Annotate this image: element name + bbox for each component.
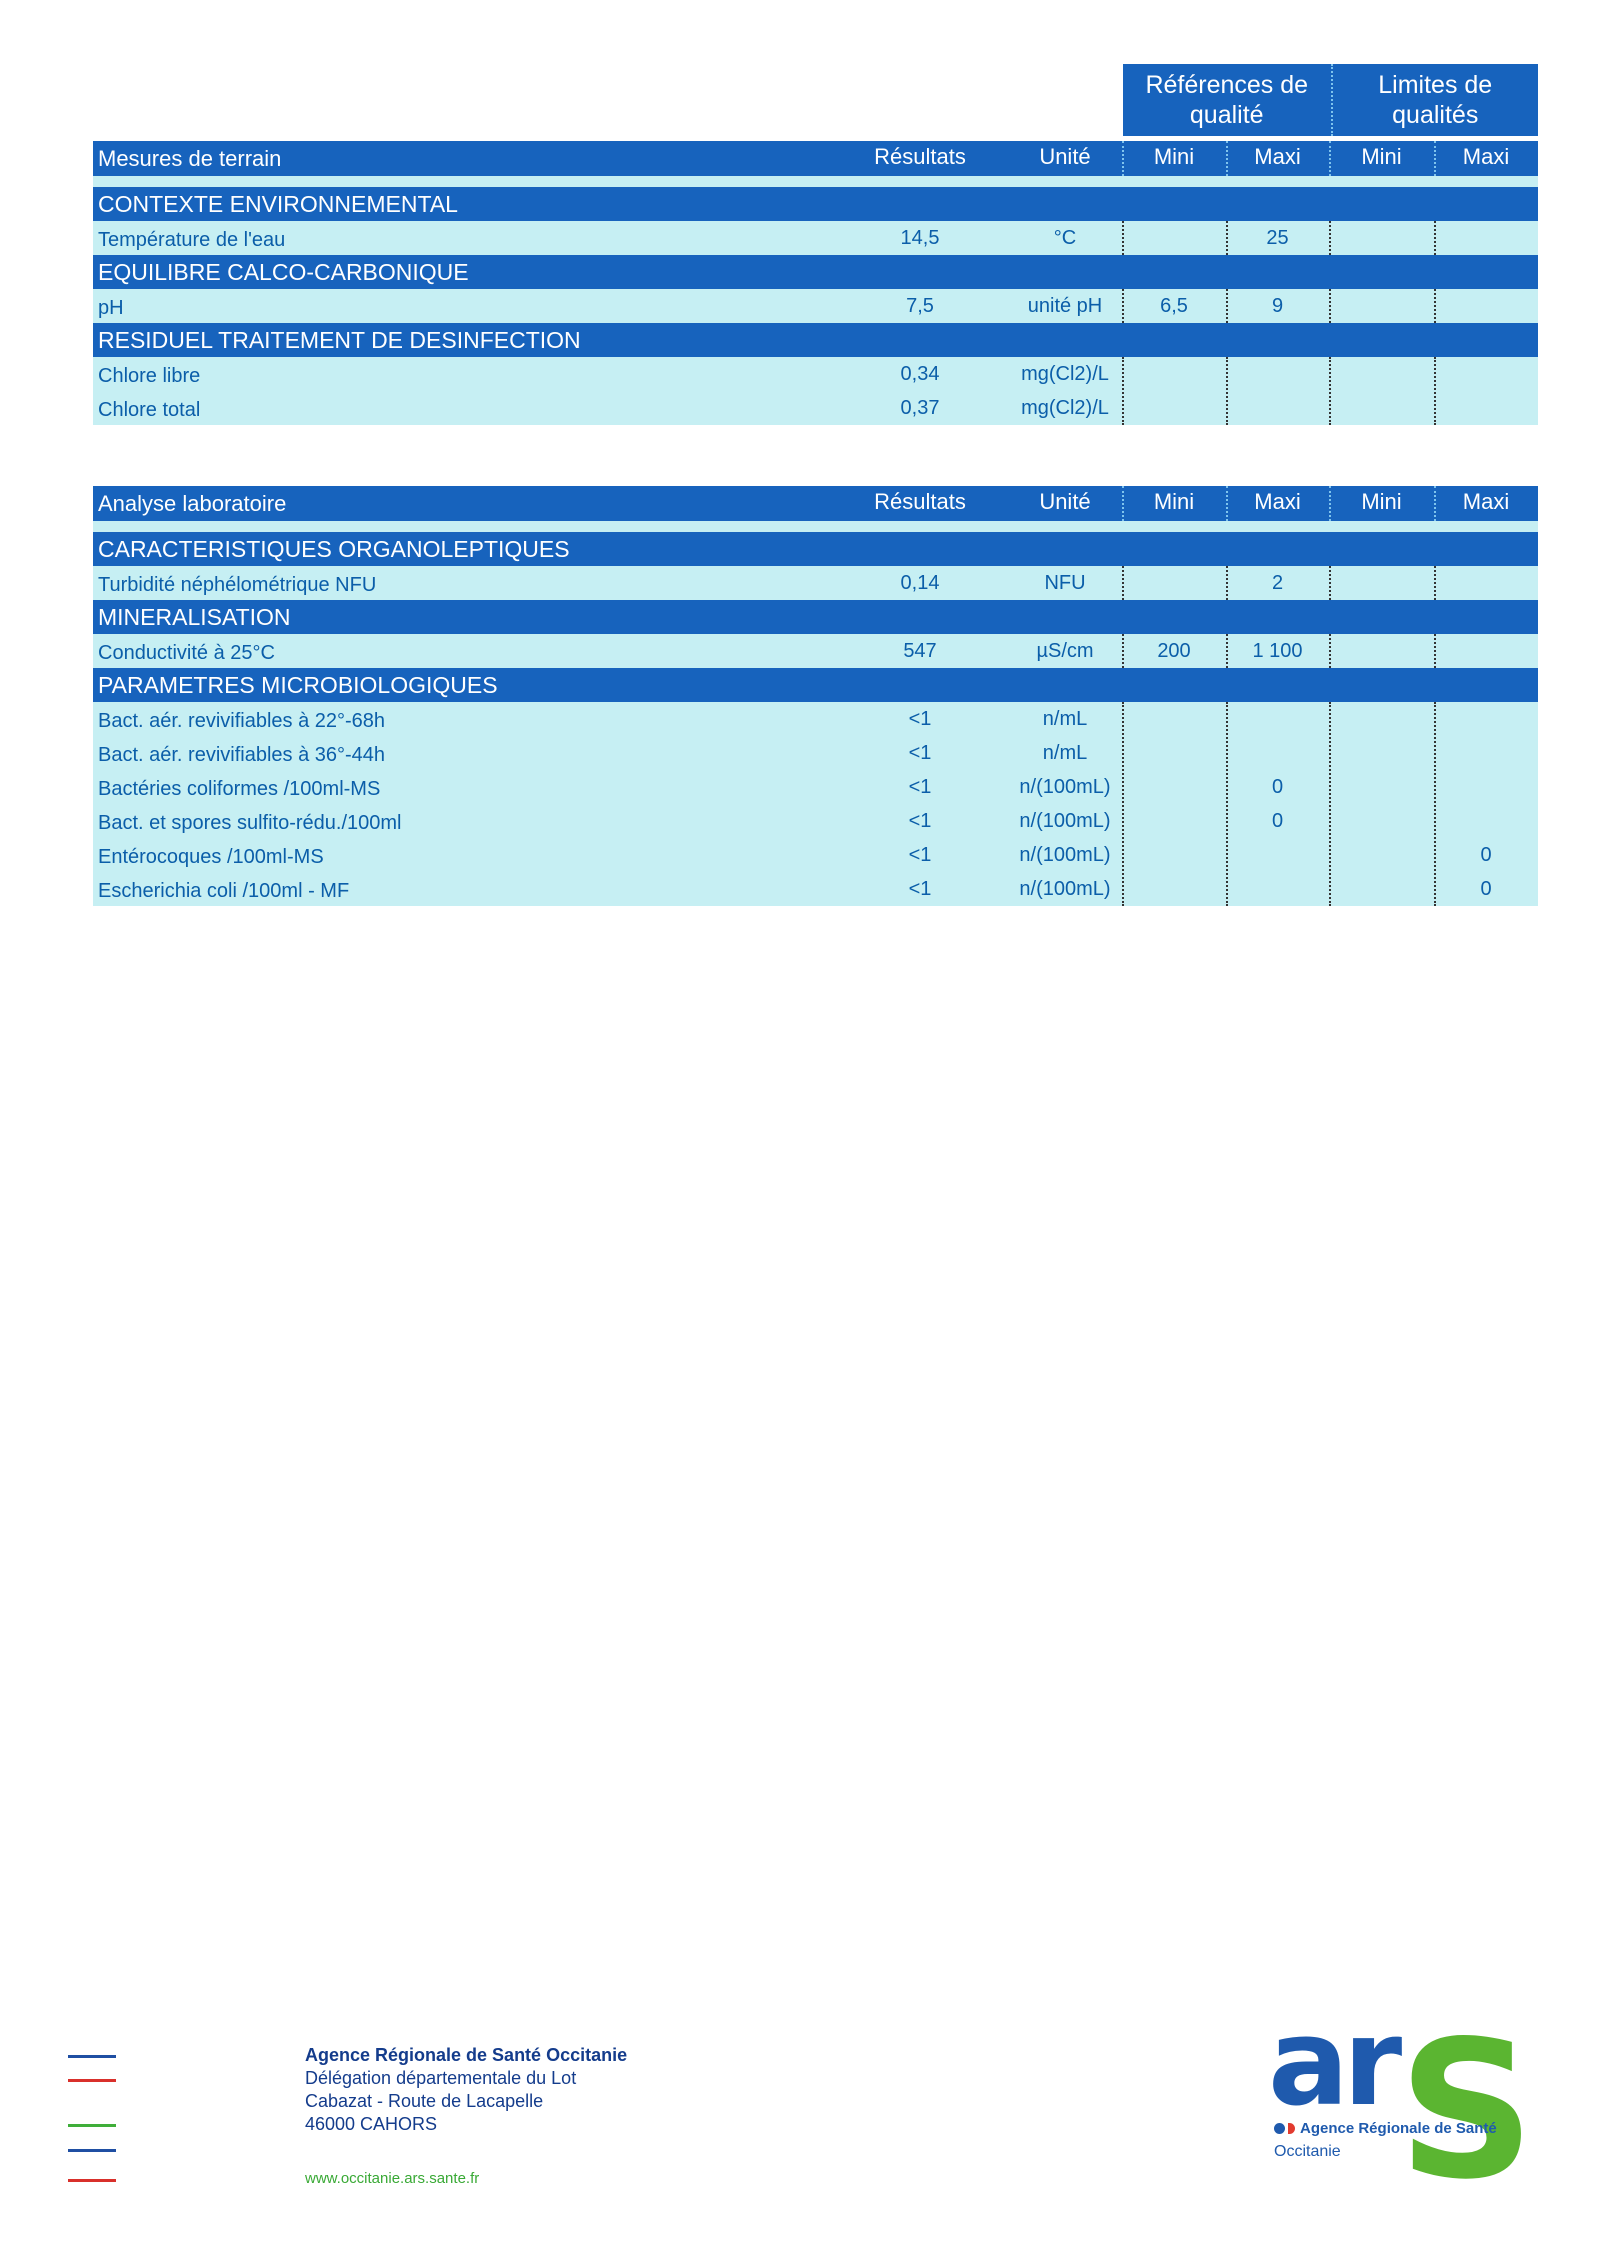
cell-unit: n/mL xyxy=(1005,708,1125,731)
cell-ref-max: 0 xyxy=(1226,810,1329,833)
column-header-lim-max: Maxi xyxy=(1434,489,1538,515)
parameter-name: Bact. et spores sulfito-rédu./100ml xyxy=(98,812,401,835)
header-gap xyxy=(93,176,1538,187)
table-row: Bact. aér. revivifiables à 36°-44h<1n/mL xyxy=(93,736,1538,770)
cell-unit: n/mL xyxy=(1005,742,1125,765)
table-row: Conductivité à 25°C547µS/cm2001 100 xyxy=(93,634,1538,668)
cell-result: <1 xyxy=(870,810,970,833)
table-row: Bact. et spores sulfito-rédu./100ml<1n/(… xyxy=(93,804,1538,838)
decorative-stripe xyxy=(68,2055,116,2058)
header-divider xyxy=(1434,486,1436,521)
section-header-row: MINERALISATION xyxy=(93,600,1538,634)
header-divider xyxy=(1122,141,1124,176)
section-header-row: EQUILIBRE CALCO-CARBONIQUE xyxy=(93,255,1538,289)
cell-result: 547 xyxy=(870,640,970,663)
column-divider xyxy=(1122,221,1124,255)
address-line: 46000 CAHORS xyxy=(305,2113,627,2136)
logo-tagline: Agence Régionale de Santé xyxy=(1274,2120,1497,2137)
column-divider xyxy=(1434,634,1436,668)
column-header-ref-min: Mini xyxy=(1122,144,1226,170)
section-title: MINERALISATION xyxy=(98,604,291,631)
cell-ref-max: 25 xyxy=(1226,227,1329,250)
section-header-row: CONTEXTE ENVIRONNEMENTAL xyxy=(93,187,1538,221)
cell-ref-max: 2 xyxy=(1226,572,1329,595)
logo-wordmark-ar: ar xyxy=(1268,1994,1396,2133)
column-divider xyxy=(1226,702,1228,906)
column-divider xyxy=(1122,566,1124,600)
header-divider xyxy=(1226,486,1228,521)
section-title: EQUILIBRE CALCO-CARBONIQUE xyxy=(98,259,469,286)
section-title: RESIDUEL TRAITEMENT DE DESINFECTION xyxy=(98,327,581,354)
column-divider xyxy=(1122,702,1124,906)
cell-result: 14,5 xyxy=(870,227,970,250)
cell-result: 0,37 xyxy=(870,397,970,420)
column-header-results: Résultats xyxy=(870,489,970,515)
column-header-ref-min: Mini xyxy=(1122,489,1226,515)
column-divider xyxy=(1226,634,1228,668)
cell-ref-max: 1 100 xyxy=(1226,640,1329,663)
column-divider xyxy=(1329,357,1331,425)
column-header-unit: Unité xyxy=(1005,489,1125,515)
logo-tagline-text: Agence Régionale de Santé xyxy=(1300,2120,1497,2137)
column-divider xyxy=(1226,566,1228,600)
cell-lim-max: 0 xyxy=(1434,844,1538,867)
column-header-ref-max: Maxi xyxy=(1226,144,1329,170)
column-header-unit: Unité xyxy=(1005,144,1125,170)
cell-ref-min: 200 xyxy=(1122,640,1226,663)
column-divider xyxy=(1434,702,1436,906)
table-row: Bact. aér. revivifiables à 22°-68h<1n/mL xyxy=(93,702,1538,736)
parameter-name: Conductivité à 25°C xyxy=(98,642,275,665)
column-header-lim-max: Maxi xyxy=(1434,144,1538,170)
table-row: Température de l'eau14,5°C25 xyxy=(93,221,1538,255)
cell-unit: n/(100mL) xyxy=(1005,776,1125,799)
address-line: Délégation départementale du Lot xyxy=(305,2067,627,2090)
cell-result: 7,5 xyxy=(870,295,970,318)
section-header-row: PARAMETRES MICROBIOLOGIQUES xyxy=(93,668,1538,702)
section-header-row: RESIDUEL TRAITEMENT DE DESINFECTION xyxy=(93,323,1538,357)
website-link[interactable]: www.occitanie.ars.sante.fr xyxy=(305,2170,479,2187)
table-row: Chlore libre0,34mg(Cl2)/L xyxy=(93,357,1538,391)
header-gap xyxy=(93,521,1538,532)
quality-header-group: Références de qualité Limites de qualité… xyxy=(1123,64,1538,136)
parameter-name: Escherichia coli /100ml - MF xyxy=(98,880,349,903)
parameter-name: pH xyxy=(98,297,124,320)
decorative-stripe xyxy=(68,2149,116,2152)
cell-ref-min: 6,5 xyxy=(1122,295,1226,318)
org-address: Agence Régionale de Santé Occitanie Délé… xyxy=(305,2044,627,2136)
cell-unit: µS/cm xyxy=(1005,640,1125,663)
column-header-ref-max: Maxi xyxy=(1226,489,1329,515)
parameter-name: Bactéries coliformes /100ml-MS xyxy=(98,778,380,801)
table-row: Turbidité néphélométrique NFU0,14NFU2 xyxy=(93,566,1538,600)
column-header-lim-min: Mini xyxy=(1329,489,1434,515)
column-divider xyxy=(1329,634,1331,668)
table-row: Entérocoques /100ml-MS<1n/(100mL)0 xyxy=(93,838,1538,872)
column-header-lim-min: Mini xyxy=(1329,144,1434,170)
cell-result: 0,14 xyxy=(870,572,970,595)
column-divider xyxy=(1329,702,1331,906)
table-row: Bactéries coliformes /100ml-MS<1n/(100mL… xyxy=(93,770,1538,804)
parameter-name: Température de l'eau xyxy=(98,229,285,252)
header-divider xyxy=(1122,486,1124,521)
column-divider xyxy=(1329,566,1331,600)
parameter-name: Bact. aér. revivifiables à 22°-68h xyxy=(98,710,385,733)
parameter-name: Entérocoques /100ml-MS xyxy=(98,846,324,869)
cell-unit: n/(100mL) xyxy=(1005,844,1125,867)
header-divider xyxy=(1329,141,1331,176)
logo-red-halfmoon-icon xyxy=(1288,2123,1295,2134)
section-title: CONTEXTE ENVIRONNEMENTAL xyxy=(98,191,458,218)
cell-unit: n/(100mL) xyxy=(1005,810,1125,833)
column-divider xyxy=(1434,357,1436,425)
column-divider xyxy=(1122,357,1124,425)
table-header-row: Analyse laboratoireRésultatsUnitéMiniMax… xyxy=(93,486,1538,521)
cell-unit: mg(Cl2)/L xyxy=(1005,397,1125,420)
table-row: Chlore total0,37mg(Cl2)/L xyxy=(93,391,1538,425)
cell-unit: unité pH xyxy=(1005,295,1125,318)
section-title: CARACTERISTIQUES ORGANOLEPTIQUES xyxy=(98,536,570,563)
cell-unit: mg(Cl2)/L xyxy=(1005,363,1125,386)
column-header-results: Résultats xyxy=(870,144,970,170)
column-divider xyxy=(1434,221,1436,255)
section-title: PARAMETRES MICROBIOLOGIQUES xyxy=(98,672,498,699)
decorative-stripe xyxy=(68,2179,116,2182)
parameter-name: Turbidité néphélométrique NFU xyxy=(98,574,376,597)
org-name: Agence Régionale de Santé Occitanie xyxy=(305,2044,627,2067)
cell-lim-max: 0 xyxy=(1434,878,1538,901)
column-divider xyxy=(1226,357,1228,425)
references-header: Références de qualité xyxy=(1123,64,1331,136)
cell-result: <1 xyxy=(870,776,970,799)
parameter-name: Chlore total xyxy=(98,399,200,422)
cell-result: <1 xyxy=(870,708,970,731)
table-title: Analyse laboratoire xyxy=(98,491,286,517)
column-divider xyxy=(1122,634,1124,668)
header-divider xyxy=(1226,141,1228,176)
table-row: pH7,5unité pH6,59 xyxy=(93,289,1538,323)
column-divider xyxy=(1226,289,1228,323)
address-line: Cabazat - Route de Lacapelle xyxy=(305,2090,627,2113)
column-divider xyxy=(1329,221,1331,255)
parameter-name: Chlore libre xyxy=(98,365,200,388)
table-title: Mesures de terrain xyxy=(98,146,281,172)
ars-logo: ar S Agence Régionale de Santé Occitanie xyxy=(1268,2030,1518,2190)
cell-result: <1 xyxy=(870,742,970,765)
table-header-row: Mesures de terrainRésultatsUnitéMiniMaxi… xyxy=(93,141,1538,176)
column-divider xyxy=(1434,566,1436,600)
logo-blue-dot-icon xyxy=(1274,2123,1285,2134)
cell-ref-max: 9 xyxy=(1226,295,1329,318)
cell-result: <1 xyxy=(870,878,970,901)
cell-ref-max: 0 xyxy=(1226,776,1329,799)
parameter-name: Bact. aér. revivifiables à 36°-44h xyxy=(98,744,385,767)
cell-result: 0,34 xyxy=(870,363,970,386)
column-divider xyxy=(1226,221,1228,255)
column-divider xyxy=(1329,289,1331,323)
column-divider xyxy=(1434,289,1436,323)
table-row: Escherichia coli /100ml - MF<1n/(100mL)0 xyxy=(93,872,1538,906)
column-divider xyxy=(1122,289,1124,323)
header-divider xyxy=(1434,141,1436,176)
decorative-stripe xyxy=(68,2124,116,2127)
logo-wordmark-s: S xyxy=(1398,2000,1535,2221)
limits-header: Limites de qualités xyxy=(1331,64,1539,136)
decorative-stripe xyxy=(68,2079,116,2082)
header-divider xyxy=(1329,486,1331,521)
cell-unit: °C xyxy=(1005,227,1125,250)
cell-unit: n/(100mL) xyxy=(1005,878,1125,901)
cell-unit: NFU xyxy=(1005,572,1125,595)
cell-result: <1 xyxy=(870,844,970,867)
logo-region: Occitanie xyxy=(1274,2143,1341,2161)
section-header-row: CARACTERISTIQUES ORGANOLEPTIQUES xyxy=(93,532,1538,566)
